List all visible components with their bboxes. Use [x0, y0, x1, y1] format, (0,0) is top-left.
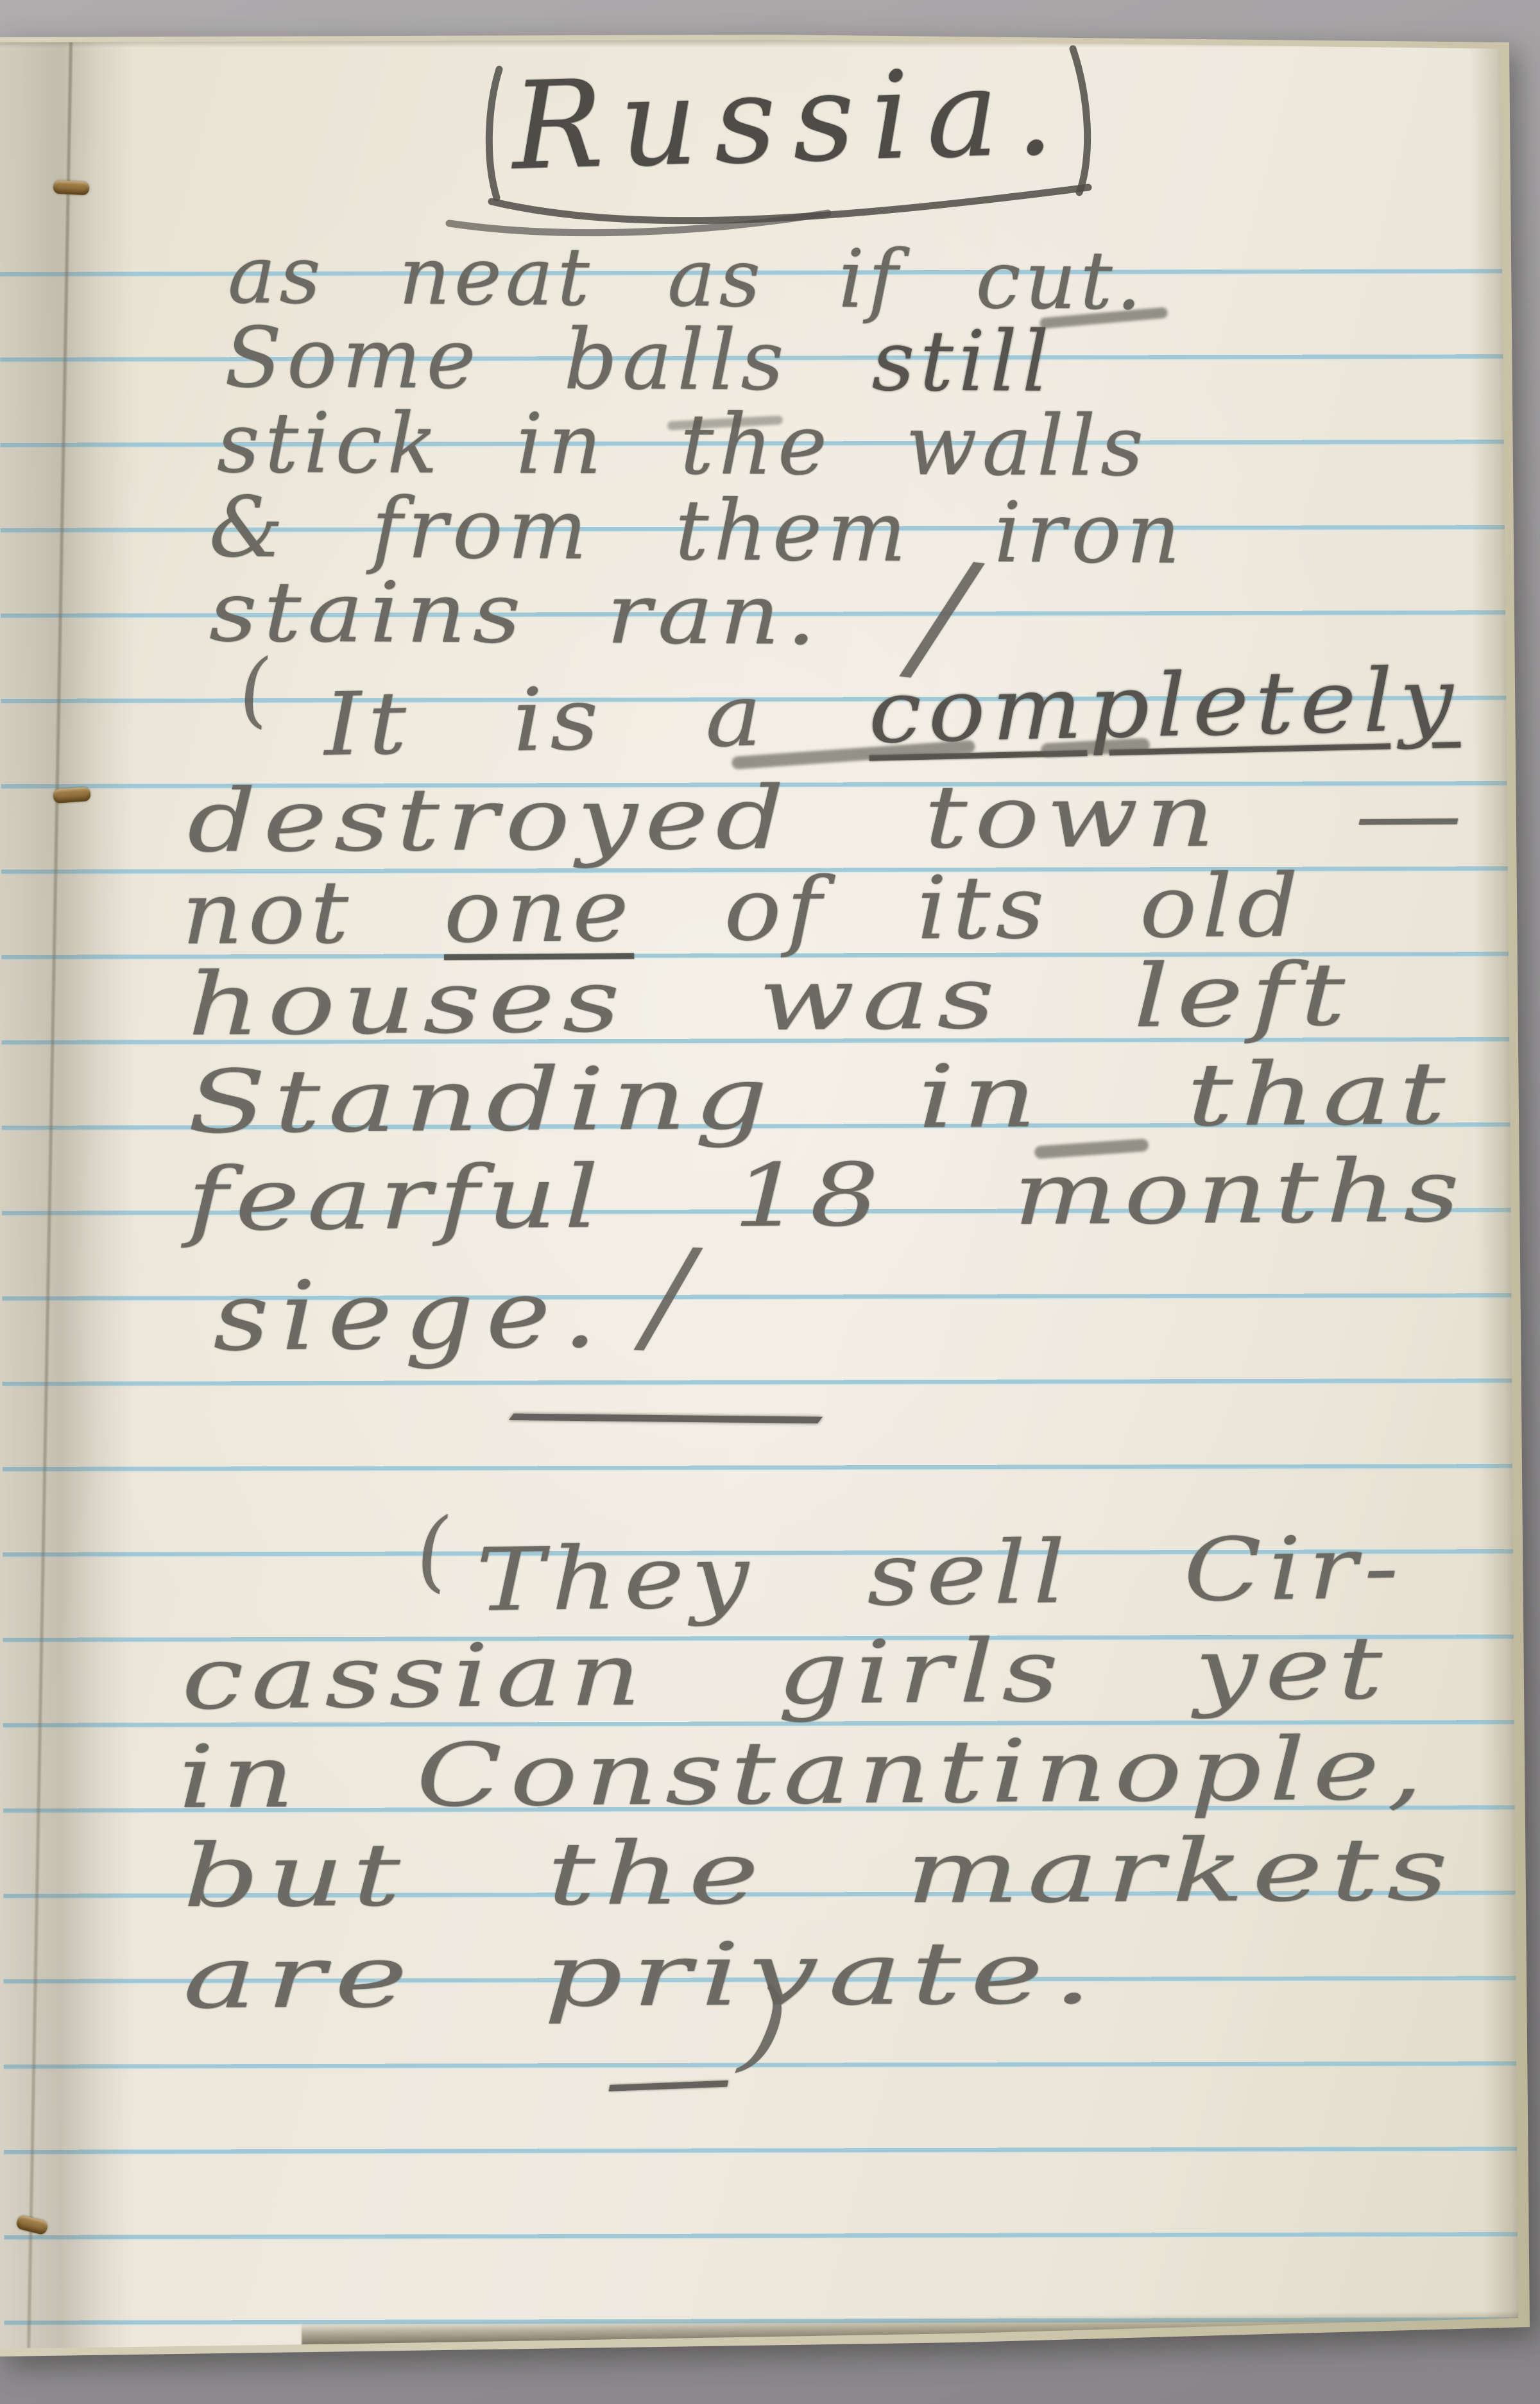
line-text: They sell Cir-	[475, 1517, 1406, 1631]
notebook-page: Russia. as neat as if cut. Some balls st…	[0, 0, 1540, 2404]
line-text: stains ran.	[209, 563, 823, 664]
line-text: are private.	[183, 1923, 1102, 2028]
dash-mark-below-siege: —	[492, 1357, 842, 1463]
line-text: fearful 18 months	[187, 1140, 1467, 1250]
line-text: not	[181, 861, 444, 964]
handwritten-line: but the markets	[183, 1826, 1457, 1919]
handwritten-line: Some balls still	[225, 316, 1054, 404]
handwritten-line: & from them iron	[209, 485, 1186, 576]
binding-stitch	[53, 787, 90, 803]
slash-mark-after-siege: /	[644, 1231, 694, 1361]
handwritten-line: stick in the walls	[217, 401, 1149, 488]
binding-stitch	[53, 180, 89, 196]
page-wrap: Russia. as neat as if cut. Some balls st…	[0, 0, 1540, 2404]
handwritten-line: fearful 18 months	[187, 1147, 1467, 1243]
line-text: houses was left	[187, 944, 1353, 1055]
underlined-word: one	[443, 860, 634, 962]
handwritten-line: as neat as if cut.	[228, 235, 1146, 322]
handwritten-line: houses was left	[187, 951, 1353, 1048]
dash-mark-below-private: —	[600, 2028, 737, 2129]
handwritten-line: destroyed town —	[187, 771, 1469, 864]
line-text: but the markets	[183, 1819, 1457, 1927]
handwritten-line: cassian girls yet	[181, 1625, 1390, 1722]
handwritten-line: Standing in that	[187, 1050, 1453, 1146]
line-text: in Constantinople,	[178, 1718, 1430, 1828]
paren-mark-before-they: (	[412, 1507, 453, 1596]
page-title: Russia.	[511, 51, 1072, 187]
handwritten-line: They sell Cir-	[475, 1524, 1406, 1624]
notebook-photo: Russia. as neat as if cut. Some balls st…	[0, 0, 1540, 2404]
gutter-shadow	[0, 39, 135, 2350]
handwritten-line: stains ran.	[209, 570, 823, 657]
line-text: cassian girls yet	[181, 1618, 1390, 1729]
handwritten-line: not one of its old	[182, 863, 1304, 957]
handwritten-line: are private.	[183, 1930, 1102, 2021]
line-text: Standing in that	[187, 1043, 1453, 1153]
handwritten-line: in Constantinople,	[178, 1725, 1431, 1821]
